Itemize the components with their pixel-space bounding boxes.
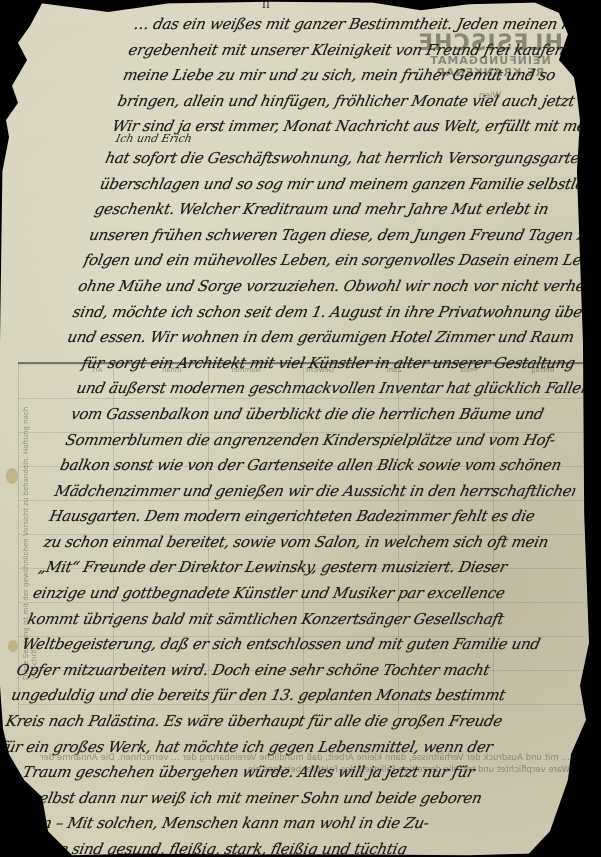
document-paper: II Betrag Preis Zahl Gewicht Nummer Inha… (0, 0, 601, 857)
handwritten-line: Hausgarten. Dem modern eingerichteten Ba… (27, 504, 572, 530)
handwritten-line: große Traum geschehen übergehen würde. A… (0, 760, 518, 786)
handwritten-line: überschlagen und so sog mir und meinem g… (97, 172, 601, 198)
handwritten-line: für ein großes Werk, hat möchte ich gege… (0, 735, 523, 761)
handwritten-line: ergebenheit mit unserer Kleinigkeit von … (126, 38, 601, 64)
handwritten-line: Kreis nach Palästina. Es wäre überhaupt … (0, 709, 529, 735)
handwritten-line: balkon sonst wie von der Gartenseite all… (38, 453, 583, 479)
handwritten-line: Weltbegeisterung, daß er sich entschloss… (0, 632, 545, 658)
handwritten-line: hat sofort die Geschäftswohnung, hat her… (103, 146, 601, 172)
handwritten-line: und äußerst modernen geschmackvollen Inv… (54, 376, 599, 402)
handwritten-line: vom Gassenbalkon und überblickt die die … (48, 402, 593, 428)
handwritten-line: für sorgt ein Architekt mit viel Künstle… (59, 351, 601, 377)
handwritten-letter-body: … das ein weißes mit ganzer Bestimmtheit… (0, 72, 601, 857)
handwritten-line: Gesegneten – Mit solchen, Menschen kann … (0, 811, 507, 837)
handwritten-line: unseren frühen schweren Tagen diese, dem… (87, 223, 601, 249)
handwritten-line: kommt übrigens bald mit sämtlichen Konze… (5, 607, 550, 633)
handwritten-line: Sommerblumen die angrenzenden Kinderspie… (43, 428, 588, 454)
stain-mark (6, 468, 18, 484)
handwritten-line: ohne Mühe und Sorge vorzuziehen. Obwohl … (76, 274, 601, 300)
handwritten-line: Mädchenzimmer und genießen wir die Aussi… (32, 479, 577, 505)
handwritten-line: meine Liebe zu mir und zu sich, mein frü… (120, 63, 601, 89)
handwritten-line: geschenkt. Welcher Kreditraum und mehr J… (92, 197, 601, 223)
handwritten-line: ungeduldig und die bereits für den 13. g… (0, 683, 534, 709)
handwritten-line: kunft, denn sie sind gesund, fleißig, st… (0, 837, 501, 857)
handwritten-line: folgen und ein mühevolles Leben, ein sor… (81, 248, 601, 274)
handwritten-line: einzige und gottbegnadete Künstler und M… (10, 581, 555, 607)
handwritten-line: Männer selbst dann nur weiß ich mit mein… (0, 786, 512, 812)
handwritten-line: zu schon einmal bereitet, sowie vom Salo… (21, 530, 566, 556)
handwritten-line: Opfer mitzuarbeiten wird. Doch eine sehr… (0, 658, 539, 684)
handwritten-line: sind, möchte ich schon seit dem 1. Augus… (70, 300, 601, 326)
handwritten-line: Wir sind ja erst immer, Monat Nachricht … (110, 114, 601, 140)
handwritten-line: bringen, allein und hinfügen, fröhlicher… (115, 89, 601, 115)
top-mark: II (262, 0, 270, 11)
handwritten-line: und essen. Wir wohnen in dem geräumigen … (65, 325, 601, 351)
handwritten-line: … das ein weißes mit ganzer Bestimmtheit… (131, 12, 601, 38)
handwritten-line: „Mit“ Freunde der Direktor Lewinsky, ges… (16, 555, 561, 581)
